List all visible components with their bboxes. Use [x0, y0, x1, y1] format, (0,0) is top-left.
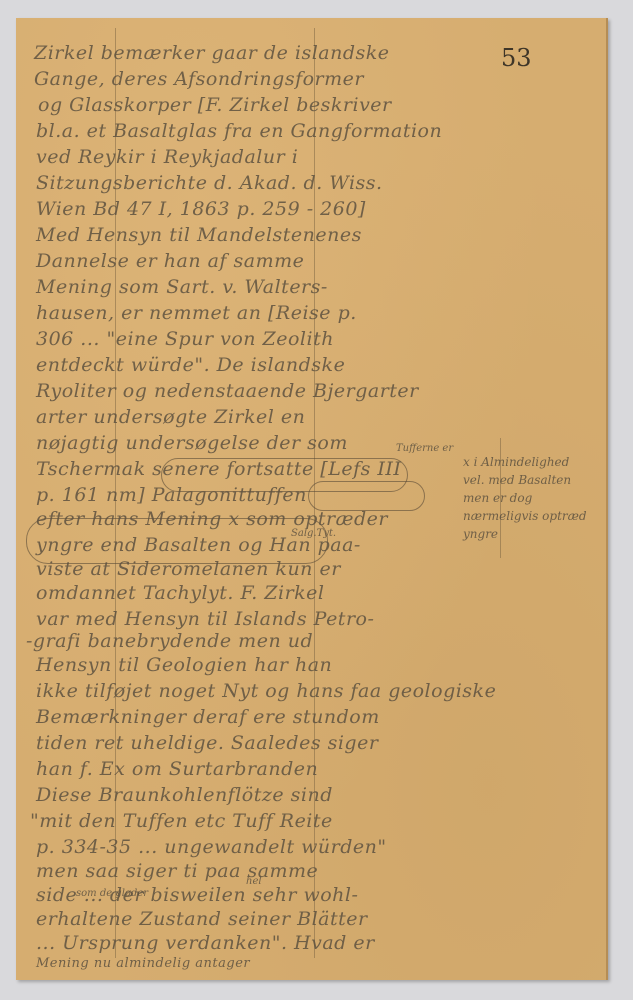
text-line-30: Diese Braunkohlenflötze sind [36, 784, 333, 806]
margin-note-line-5: yngre [463, 525, 613, 543]
text-line-17: Tschermak senere fortsatte [Lefs III [36, 458, 401, 480]
text-line-21: viste at Sideromelanen kun er [36, 558, 341, 580]
text-line-18: p. 161 nm] Palagonittuffen [36, 484, 307, 506]
text-line-10: Mening som Sart. v. Walters- [36, 276, 328, 298]
insert-hel: hel [246, 876, 262, 887]
text-line-23: var med Hensyn til Islands Petro- [36, 608, 374, 630]
margin-note-line-3: men er dog [463, 489, 613, 507]
insert-som-de-gloder: som de gløder [76, 888, 148, 899]
text-line-33: men saa siger ti paa samme [36, 860, 318, 882]
manuscript-page: 53 Zirkel bemærker gaar de islandske Gan… [16, 18, 608, 980]
text-line-16: nøjagtig undersøgelse der som [36, 432, 348, 454]
text-line-1: Zirkel bemærker gaar de islandske [34, 42, 390, 64]
text-line-8: Med Hensyn til Mandelstenenes [36, 224, 362, 246]
text-line-24: -grafi banebrydende men ud [26, 630, 313, 652]
insert-salgsgebyr: Salg.Tyt. [291, 528, 336, 539]
text-line-7: Wien Bd 47 I, 1863 p. 259 - 260] [36, 198, 366, 220]
text-line-12: 306 ... "eine Spur von Zeolith [36, 328, 334, 350]
page-number: 53 [501, 44, 532, 72]
text-line-4: bl.a. et Basaltglas fra en Gangformation [36, 120, 442, 142]
text-line-6: Sitzungsberichte d. Akad. d. Wiss. [36, 172, 383, 194]
text-line-31: "mit den Tuffen etc Tuff Reite [30, 810, 333, 832]
text-line-2: Gange, deres Afsondringsformer [34, 68, 364, 90]
text-line-14: Ryoliter og nedenstaaende Bjergarter [36, 380, 419, 402]
text-line-3: og Glasskorper [F. Zirkel beskriver [38, 94, 392, 116]
insert-tufferne-er: Tufferne er [396, 443, 453, 454]
margin-note-line-2: vel. med Basalten [463, 471, 613, 489]
text-line-13: entdeckt würde". De islandske [36, 354, 345, 376]
text-line-9: Dannelse er han af samme [36, 250, 304, 272]
text-line-19: efter hans Mening x som optræder [36, 508, 388, 530]
text-line-25: Hensyn til Geologien har han [36, 654, 332, 676]
text-line-26: ikke tilføjet noget Nyt og hans faa geol… [36, 680, 496, 702]
correction-loop-han-paa [308, 481, 425, 511]
text-line-28: tiden ret uheldige. Saaledes siger [36, 732, 378, 754]
text-line-27: Bemærkninger deraf ere stundom [36, 706, 380, 728]
text-line-5: ved Reykir i Reykjadalur i [36, 146, 298, 168]
text-line-32: p. 334-35 ... ungewandelt würden" [36, 836, 387, 858]
text-line-37: Mening nu almindelig antager [36, 956, 250, 971]
margin-note-line-1: x i Almindelighed [463, 453, 613, 471]
text-line-29: han f. Ex om Surtarbranden [36, 758, 318, 780]
margin-note-line-4: nærmeligvis optræd [463, 507, 613, 525]
text-line-15: arter undersøgte Zirkel en [36, 406, 305, 428]
margin-note: x i Almindelighed vel. med Basalten men … [463, 453, 613, 543]
text-line-22: omdannet Tachylyt. F. Zirkel [36, 582, 325, 604]
text-line-11: hausen, er nemmet an [Reise p. [36, 302, 357, 324]
